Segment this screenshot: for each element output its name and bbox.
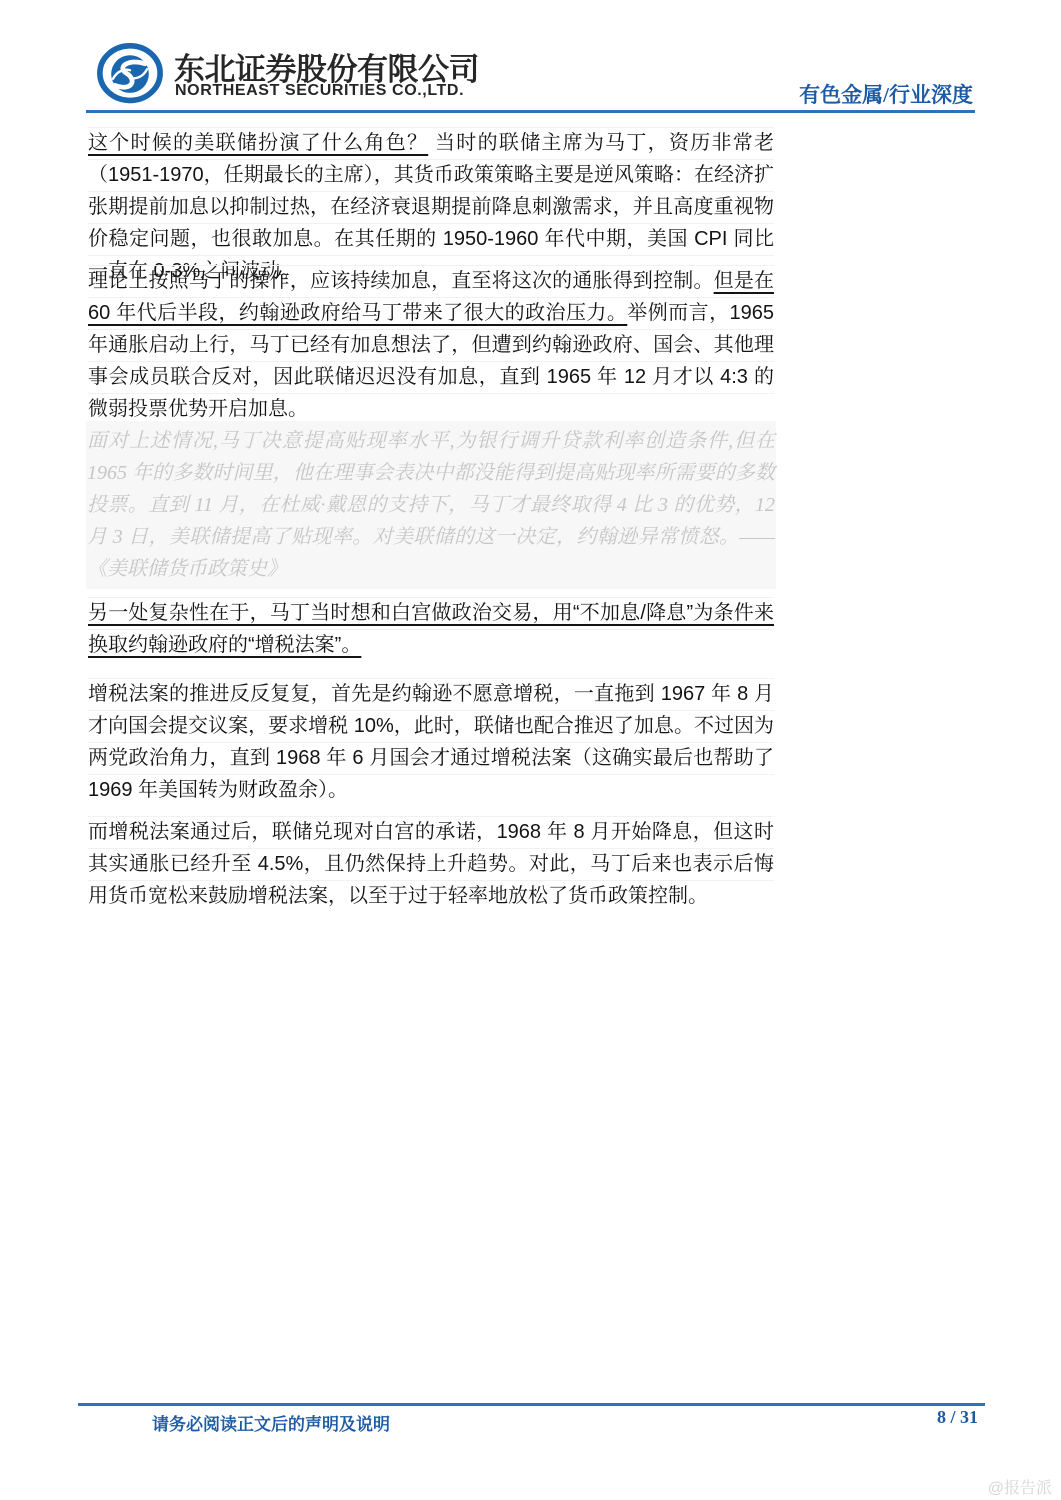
paragraph-fed-role: 这个时候的美联储扮演了什么角色？ 当时的联储主席为马丁，资历非常老（1951-1… [88, 127, 774, 287]
footer-disclaimer: 请务必阅读正文后的声明及说明 [152, 1410, 390, 1435]
page-number: 8 / 31 [937, 1407, 978, 1428]
company-name-en: NORTHEAST SECURITIES CO.,LTD. [175, 82, 464, 100]
paragraph-political-deal: 另一处复杂性在于，马丁当时想和白宫做政治交易，用“不加息/降息”为条件来换取约翰… [88, 597, 774, 661]
paragraph-tax-bill: 增税法案的推进反反复复，首先是约翰逊不愿意增税，一直拖到 1967 年 8 月才… [88, 678, 774, 806]
underlined-political-deal: 另一处复杂性在于，马丁当时想和白宫做政治交易，用“不加息/降息”为条件来换取约翰… [88, 602, 774, 656]
report-page: 东北证券股份有限公司 NORTHEAST SECURITIES CO.,LTD.… [0, 0, 1061, 1500]
blockquote-fed-history: 面对上述情况,马丁决意提高贴现率水平,为银行调升贷款利率创造条件,但在 1965… [86, 421, 776, 589]
underlined-question: 这个时候的美联储扮演了什么角色？ [88, 132, 428, 154]
report-category-tag: 有色金属/行业深度 [799, 79, 973, 109]
northeast-securities-logo-icon [96, 43, 164, 107]
paragraph-fed-role-text: 当时的联储主席为马丁，资历非常老（1951-1970，任期最长的主席），其货币政… [88, 132, 774, 282]
footer-divider [78, 1403, 985, 1406]
paragraph-political-pressure-lead: 理论上按照马丁的操作，应该持续加息，直至将这次的通胀得到控制。 [88, 270, 714, 292]
watermark-baogaopai: @报告派 [988, 1475, 1052, 1498]
header-divider [86, 110, 975, 113]
paragraph-rate-cut-regret: 而增税法案通过后，联储兑现对白宫的承诺，1968 年 8 月开始降息，但这时其实… [88, 816, 774, 912]
paragraph-political-pressure: 理论上按照马丁的操作，应该持续加息，直至将这次的通胀得到控制。但是在 60 年代… [88, 265, 774, 425]
